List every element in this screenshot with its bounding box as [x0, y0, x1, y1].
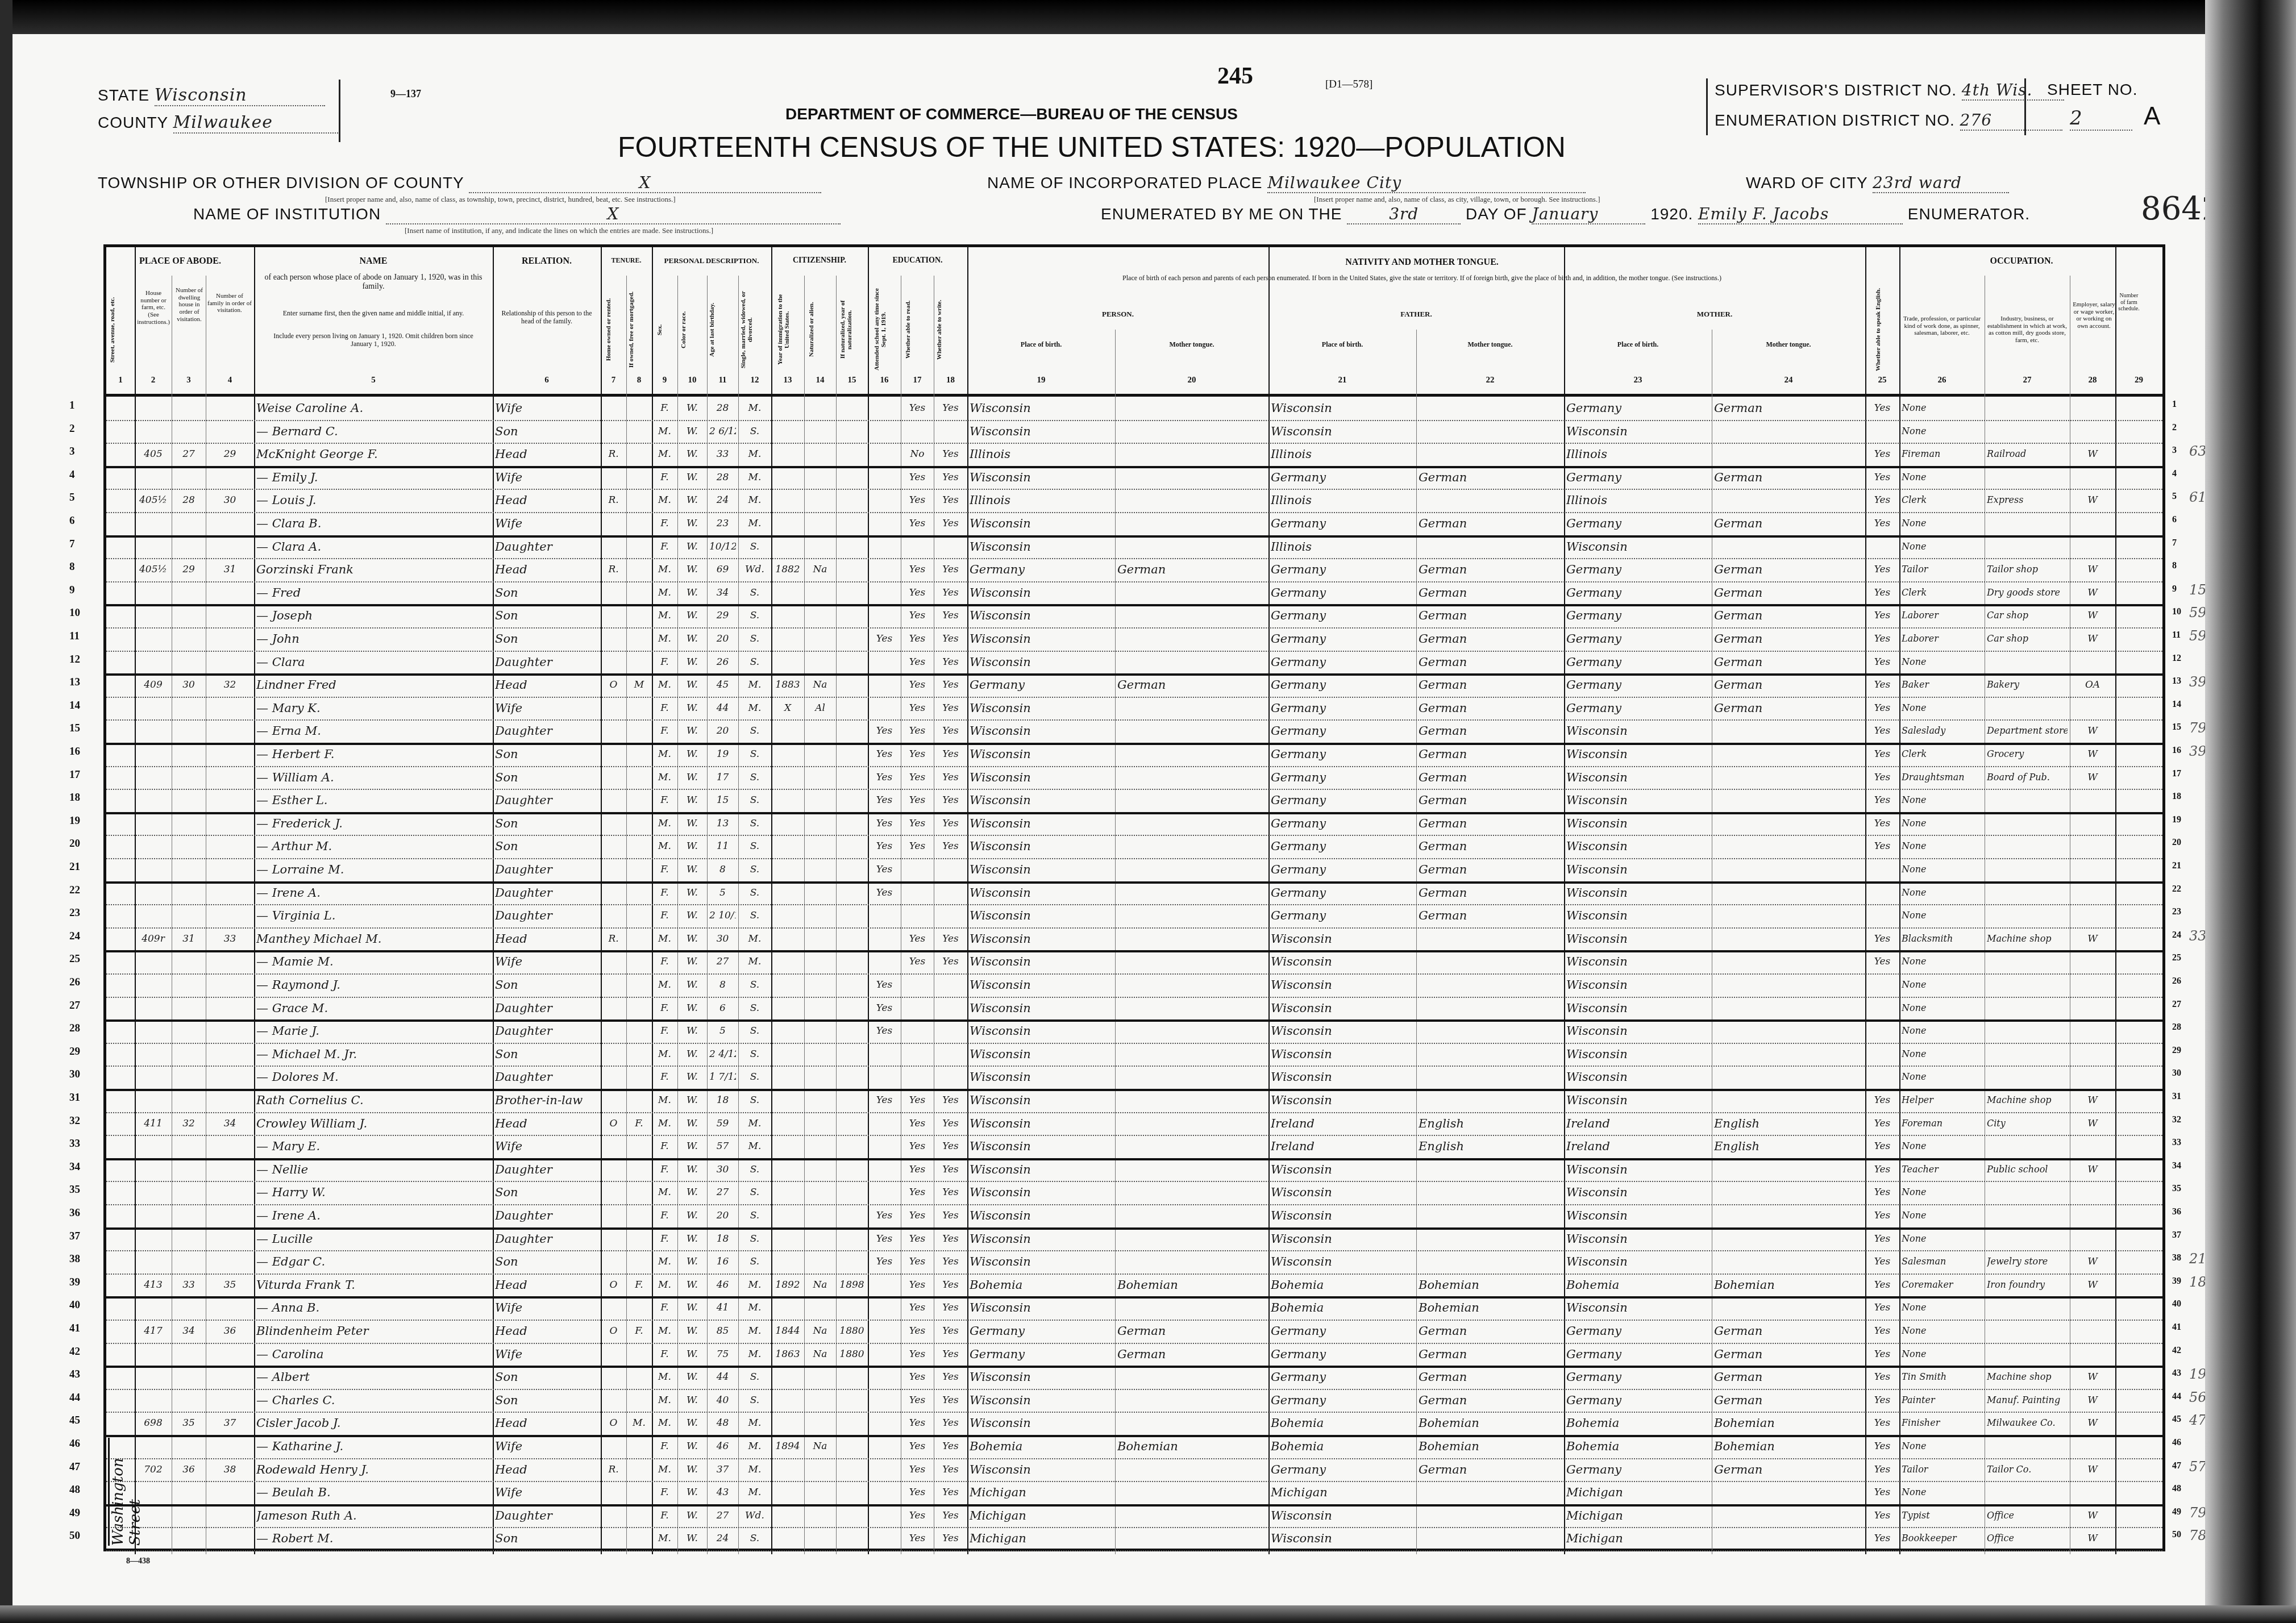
cell-write: Yes	[936, 512, 965, 535]
cell-race: W.	[680, 1320, 705, 1343]
line-number-right: 14	[2172, 700, 2181, 710]
cell-race: W.	[680, 1043, 705, 1066]
cell-marital: M.	[741, 1412, 769, 1435]
cell-marital: S.	[741, 627, 769, 651]
line-number: 49	[69, 1507, 80, 1520]
cell-mpob: Germany	[1566, 1343, 1709, 1366]
cell-race: W.	[680, 558, 705, 581]
cell-read: Yes	[903, 1343, 931, 1366]
cell-age: 18	[709, 1089, 736, 1112]
cell-race: W.	[680, 397, 705, 420]
cell-school: Yes	[870, 858, 899, 881]
cell-family	[208, 1481, 252, 1504]
cell-read: Yes	[903, 1504, 931, 1528]
cell-read	[903, 535, 931, 559]
cell-school	[870, 604, 899, 627]
cell-dwelling	[174, 466, 203, 489]
cell-nat	[806, 1227, 834, 1251]
cell-farm	[2118, 766, 2160, 789]
table-row: — Lorraine M.DaughterF.W.8S.YesWisconsin…	[106, 858, 2162, 884]
cell-sex: F.	[654, 1158, 675, 1181]
cell-natyear	[838, 1158, 866, 1181]
cell-school: Yes	[870, 1204, 899, 1227]
cell-read: Yes	[903, 1481, 931, 1504]
cell-natyear	[838, 397, 866, 420]
cell-ftongue: German	[1419, 558, 1562, 581]
cell-ftongue: German	[1419, 627, 1562, 651]
cell-industry	[1987, 466, 2068, 489]
cell-tenure	[603, 835, 624, 858]
cell-industry	[1987, 1066, 2068, 1089]
cell-employer: W	[2072, 581, 2113, 605]
cell-farm	[2118, 1296, 2160, 1320]
group-occupation: OCCUPATION.	[1899, 256, 2144, 267]
cell-sex: M.	[654, 1320, 675, 1343]
cell-mortgage	[629, 1066, 650, 1089]
cell-trade: Tin Smith	[1902, 1366, 1982, 1389]
line-number: 28	[69, 1022, 80, 1035]
cell-trade: None	[1902, 1227, 1982, 1251]
cell-immig	[773, 719, 802, 743]
cell-english: Yes	[1867, 697, 1897, 720]
cell-industry: Office	[1987, 1504, 2068, 1528]
cell-name: — Charles C.	[256, 1389, 490, 1412]
cell-natyear: 1898	[838, 1274, 866, 1297]
cell-mortgage	[629, 950, 650, 973]
cell-house	[137, 1227, 169, 1251]
line-number-right: 2	[2172, 423, 2177, 433]
cell-family	[208, 812, 252, 835]
cell-industry	[1987, 1296, 2068, 1320]
cell-employer: W	[2072, 489, 2113, 512]
cell-fpob: Germany	[1271, 1320, 1414, 1343]
cell-employer	[2072, 1204, 2113, 1227]
cell-nat	[806, 950, 834, 973]
cell-employer	[2072, 1066, 2113, 1089]
cell-mortgage	[629, 835, 650, 858]
table-row: — William A.SonM.W.17S.YesYesYesWisconsi…	[106, 766, 2162, 790]
cell-house	[137, 420, 169, 443]
cell-school: Yes	[870, 743, 899, 766]
cell-pob: Wisconsin	[970, 766, 1113, 789]
cell-race: W.	[680, 1435, 705, 1458]
cell-tongue	[1117, 420, 1266, 443]
cell-employer: W	[2072, 1412, 2113, 1435]
cell-tongue	[1117, 743, 1266, 766]
table-row: — AlbertSonM.W.44S.YesYesWisconsinGerman…	[106, 1366, 2162, 1390]
col25-header: Whether able to speak English.	[1875, 287, 1892, 372]
cell-tongue: Bohemian	[1117, 1274, 1266, 1297]
cell-write: Yes	[936, 835, 965, 858]
cell-mtongue	[1714, 1227, 1863, 1251]
cell-nat	[806, 743, 834, 766]
cell-relation: Daughter	[495, 1504, 598, 1528]
cell-trade: None	[1902, 420, 1982, 443]
cell-mortgage	[629, 719, 650, 743]
col10-header: Color or race.	[680, 287, 696, 372]
cell-farm	[2118, 581, 2160, 605]
cell-relation: Head	[495, 443, 598, 466]
cell-mtongue	[1714, 743, 1863, 766]
cell-nat	[806, 1204, 834, 1227]
column-number: 29	[2128, 376, 2151, 385]
line-number: 4	[69, 469, 75, 481]
cell-name: — Dolores M.	[256, 1066, 490, 1089]
cell-fpob: Germany	[1271, 604, 1414, 627]
cell-write: Yes	[936, 1458, 965, 1481]
cell-english	[1867, 1019, 1897, 1043]
bracket	[339, 80, 340, 142]
cell-marital: S.	[741, 881, 769, 905]
cell-mortgage	[629, 1043, 650, 1066]
table-row: 6983537Cisler Jacob J.HeadOM.M.W.48M.Yes…	[106, 1412, 2162, 1437]
cell-fpob: Germany	[1271, 904, 1414, 927]
cell-marital: M.	[741, 1343, 769, 1366]
cell-pob: Wisconsin	[970, 904, 1113, 927]
cell-name: — Frederick J.	[256, 812, 490, 835]
cell-trade: Helper	[1902, 1089, 1982, 1112]
cell-marital: M.	[741, 466, 769, 489]
cell-employer: W	[2072, 604, 2113, 627]
cell-pob: Michigan	[970, 1527, 1113, 1550]
cell-trade: None	[1902, 1320, 1982, 1343]
cell-industry	[1987, 1204, 2068, 1227]
state-field: State Wisconsin	[98, 85, 325, 106]
state-value: Wisconsin	[155, 85, 325, 106]
cell-industry: Machine shop	[1987, 1089, 2068, 1112]
cell-natyear	[838, 812, 866, 835]
line-number-right: 23	[2172, 907, 2181, 917]
cell-read: Yes	[903, 1320, 931, 1343]
cell-read: Yes	[903, 1181, 931, 1204]
cell-mtongue: German	[1714, 558, 1863, 581]
cell-trade: Draughtsman	[1902, 766, 1982, 789]
incorporated-label: Name of incorporated place	[987, 174, 1262, 192]
cell-marital: M.	[741, 927, 769, 951]
cell-fpob: Wisconsin	[1271, 997, 1414, 1020]
cell-mpob: Germany	[1566, 581, 1709, 605]
cell-dwelling	[174, 950, 203, 973]
cell-write: Yes	[936, 489, 965, 512]
cell-employer	[2072, 858, 2113, 881]
cell-sex: F.	[654, 1296, 675, 1320]
cell-relation: Wife	[495, 1343, 598, 1366]
cell-school	[870, 1481, 899, 1504]
cell-mortgage: F.	[629, 1274, 650, 1297]
column-number: 18	[939, 376, 962, 385]
cell-mortgage	[629, 466, 650, 489]
cell-nat	[806, 1089, 834, 1112]
cell-family	[208, 1181, 252, 1204]
cell-nat: Na	[806, 1320, 834, 1343]
cell-school	[870, 1343, 899, 1366]
cell-marital: M.	[741, 397, 769, 420]
cell-family	[208, 973, 252, 997]
column-number: 14	[809, 376, 831, 385]
cell-tongue	[1117, 1066, 1266, 1089]
cell-write: Yes	[936, 1343, 965, 1366]
cell-farm	[2118, 904, 2160, 927]
cell-read: Yes	[903, 1527, 931, 1550]
line-number-right: 35	[2172, 1184, 2181, 1194]
cell-house	[137, 997, 169, 1020]
table-row: — Dolores M.DaughterF.W.1 7/12S.Wisconsi…	[106, 1066, 2162, 1091]
cell-read: Yes	[903, 1204, 931, 1227]
cell-industry: Iron foundry	[1987, 1274, 2068, 1297]
cell-employer	[2072, 1481, 2113, 1504]
column-number: 10	[681, 376, 704, 385]
cell-read: Yes	[903, 1135, 931, 1158]
cell-english: Yes	[1867, 466, 1897, 489]
cell-relation: Wife	[495, 512, 598, 535]
line-number: 24	[69, 930, 80, 943]
cell-employer	[2072, 812, 2113, 835]
cell-farm	[2118, 719, 2160, 743]
line-number: 25	[69, 953, 80, 966]
cell-age: 75	[709, 1343, 736, 1366]
cell-ftongue: German	[1419, 1320, 1562, 1343]
cell-family	[208, 719, 252, 743]
cell-family: 35	[208, 1274, 252, 1297]
cell-natyear	[838, 789, 866, 812]
cell-relation: Wife	[495, 1435, 598, 1458]
cell-ftongue: German	[1419, 466, 1562, 489]
form-code: [D1—578]	[1325, 78, 1372, 91]
father-header: FATHER.	[1268, 310, 1564, 319]
cell-read: Yes	[903, 581, 931, 605]
cell-family	[208, 1043, 252, 1066]
line-number: 15	[69, 722, 80, 735]
cell-industry	[1987, 535, 2068, 559]
cell-nat	[806, 1135, 834, 1158]
cell-industry: Milwaukee Co.	[1987, 1412, 2068, 1435]
cell-english	[1867, 1066, 1897, 1089]
cell-tenure	[603, 535, 624, 559]
industry-desc: Industry, business, or establishment in …	[1985, 315, 2070, 344]
cell-industry: Machine shop	[1987, 927, 2068, 951]
cell-employer: W	[2072, 558, 2113, 581]
cell-pob: Germany	[970, 673, 1113, 697]
col4-header: Number of family in order of visitation.	[207, 293, 252, 314]
cell-name: Weise Caroline A.	[256, 397, 490, 420]
cell-nat	[806, 1527, 834, 1550]
cell-family	[208, 950, 252, 973]
cell-race: W.	[680, 512, 705, 535]
cell-family: 38	[208, 1458, 252, 1481]
cell-family	[208, 1435, 252, 1458]
cell-mortgage	[629, 512, 650, 535]
table-row: 4052729McKnight George F.HeadR.M.W.33M.N…	[106, 443, 2162, 468]
cell-age: 48	[709, 1412, 736, 1435]
cell-mpob: Wisconsin	[1566, 973, 1709, 997]
cell-mpob: Wisconsin	[1566, 535, 1709, 559]
line-number: 13	[69, 676, 80, 689]
cell-ftongue: German	[1419, 858, 1562, 881]
line-number: 14	[69, 700, 80, 712]
cell-sex: M.	[654, 489, 675, 512]
cell-nat	[806, 1066, 834, 1089]
cell-english	[1867, 858, 1897, 881]
cell-mtongue: German	[1714, 651, 1863, 674]
cell-mtongue	[1714, 858, 1863, 881]
cell-mtongue	[1714, 1181, 1863, 1204]
cell-relation: Head	[495, 673, 598, 697]
cell-fpob: Wisconsin	[1271, 973, 1414, 997]
cell-sex: M.	[654, 835, 675, 858]
column-number: 1	[109, 376, 132, 385]
cell-immig	[773, 743, 802, 766]
cell-ftongue: Bohemian	[1419, 1435, 1562, 1458]
cell-read: Yes	[903, 789, 931, 812]
cell-trade: Laborer	[1902, 604, 1982, 627]
year: 1920.	[1650, 205, 1693, 223]
cell-tenure	[603, 512, 624, 535]
cell-race: W.	[680, 604, 705, 627]
cell-name: — Nellie	[256, 1158, 490, 1181]
cell-natyear	[838, 697, 866, 720]
cell-dwelling	[174, 1296, 203, 1320]
cell-write: Yes	[936, 1435, 965, 1458]
cell-employer	[2072, 535, 2113, 559]
cell-dwelling	[174, 835, 203, 858]
column-number: 13	[776, 376, 799, 385]
line-number-right: 16	[2172, 746, 2181, 756]
cell-marital: S.	[741, 1204, 769, 1227]
cell-school	[870, 581, 899, 605]
cell-race: W.	[680, 1296, 705, 1320]
cell-tongue	[1117, 489, 1266, 512]
cell-mtongue	[1714, 881, 1863, 905]
cell-fpob: Germany	[1271, 1343, 1414, 1366]
cell-trade: Baker	[1902, 673, 1982, 697]
cell-industry: Board of Pub.	[1987, 766, 2068, 789]
cell-mpob: Germany	[1566, 697, 1709, 720]
cell-family	[208, 835, 252, 858]
column-number: 3	[177, 376, 200, 385]
cell-pob: Wisconsin	[970, 627, 1113, 651]
cell-trade: None	[1902, 512, 1982, 535]
cell-employer	[2072, 420, 2113, 443]
cell-sex: F.	[654, 535, 675, 559]
group-citizenship: CITIZENSHIP.	[771, 256, 868, 265]
cell-tongue	[1117, 1458, 1266, 1481]
enumerator-label: Enumerator.	[1908, 205, 2030, 223]
cell-read	[903, 997, 931, 1020]
cell-ftongue: German	[1419, 766, 1562, 789]
cell-tenure	[603, 881, 624, 905]
cell-race: W.	[680, 835, 705, 858]
cell-industry: Office	[1987, 1527, 2068, 1550]
cell-mtongue: German	[1714, 466, 1863, 489]
cell-mpob: Wisconsin	[1566, 904, 1709, 927]
cell-write	[936, 1066, 965, 1089]
cell-school	[870, 512, 899, 535]
cell-school	[870, 1135, 899, 1158]
cell-tongue	[1117, 1043, 1266, 1066]
cell-write: Yes	[936, 1135, 965, 1158]
cell-race: W.	[680, 1527, 705, 1550]
cell-age: 1 7/12	[709, 1066, 736, 1089]
cell-marital: S.	[741, 1527, 769, 1550]
cell-race: W.	[680, 1458, 705, 1481]
cell-tenure	[603, 1527, 624, 1550]
cell-read: Yes	[903, 489, 931, 512]
cell-english: Yes	[1867, 1458, 1897, 1481]
cell-natyear	[838, 535, 866, 559]
cell-dwelling	[174, 881, 203, 905]
cell-family	[208, 1135, 252, 1158]
cell-tenure: O	[603, 673, 624, 697]
cell-sex: F.	[654, 1343, 675, 1366]
cell-trade: None	[1902, 812, 1982, 835]
col3-header: Number of dwelling house in order of vis…	[172, 287, 206, 323]
cell-english	[1867, 420, 1897, 443]
cell-natyear	[838, 651, 866, 674]
cell-pob: Wisconsin	[970, 1412, 1113, 1435]
cell-pob: Wisconsin	[970, 950, 1113, 973]
cell-fpob: Bohemia	[1271, 1296, 1414, 1320]
cell-dwelling	[174, 1181, 203, 1204]
census-title: FOURTEENTH CENSUS OF THE UNITED STATES: …	[618, 131, 1566, 164]
cell-nat	[806, 1181, 834, 1204]
cell-employer	[2072, 512, 2113, 535]
cell-relation: Head	[495, 1320, 598, 1343]
cell-relation: Daughter	[495, 535, 598, 559]
line-number-right: 36	[2172, 1207, 2181, 1217]
cell-mtongue: German	[1714, 1366, 1863, 1389]
cell-family	[208, 1066, 252, 1089]
cell-tongue	[1117, 766, 1266, 789]
cell-trade: None	[1902, 697, 1982, 720]
cell-industry: Tailor shop	[1987, 558, 2068, 581]
cell-house	[137, 1296, 169, 1320]
cell-farm	[2118, 1458, 2160, 1481]
cell-family	[208, 881, 252, 905]
cell-nat	[806, 651, 834, 674]
line-number: 42	[69, 1346, 80, 1358]
cell-ftongue: Bohemian	[1419, 1274, 1562, 1297]
cell-name: Viturda Frank T.	[256, 1274, 490, 1297]
cell-sex: M.	[654, 443, 675, 466]
cell-nat	[806, 904, 834, 927]
cell-ftongue	[1419, 1250, 1562, 1274]
cell-industry	[1987, 420, 2068, 443]
cell-mtongue	[1714, 1296, 1863, 1320]
cell-farm	[2118, 1412, 2160, 1435]
cell-relation: Son	[495, 1366, 598, 1389]
cell-industry	[1987, 397, 2068, 420]
cell-nat: Na	[806, 1274, 834, 1297]
line-number: 29	[69, 1046, 80, 1058]
cell-house	[137, 1135, 169, 1158]
cell-natyear	[838, 673, 866, 697]
cell-pob: Wisconsin	[970, 1089, 1113, 1112]
cell-english: Yes	[1867, 719, 1897, 743]
line-number-right: 42	[2172, 1346, 2181, 1356]
cell-industry: Manuf. Painting	[1987, 1389, 2068, 1412]
cell-tongue	[1117, 1250, 1266, 1274]
line-number-right: 17	[2172, 769, 2181, 779]
cell-natyear	[838, 1389, 866, 1412]
cell-industry	[1987, 1135, 2068, 1158]
cell-tenure: R.	[603, 558, 624, 581]
cell-name: — Mary K.	[256, 697, 490, 720]
cell-industry: Railroad	[1987, 443, 2068, 466]
cell-read: Yes	[903, 1250, 931, 1274]
cell-fpob: Germany	[1271, 697, 1414, 720]
cell-sex: M.	[654, 558, 675, 581]
cell-employer: OA	[2072, 673, 2113, 697]
